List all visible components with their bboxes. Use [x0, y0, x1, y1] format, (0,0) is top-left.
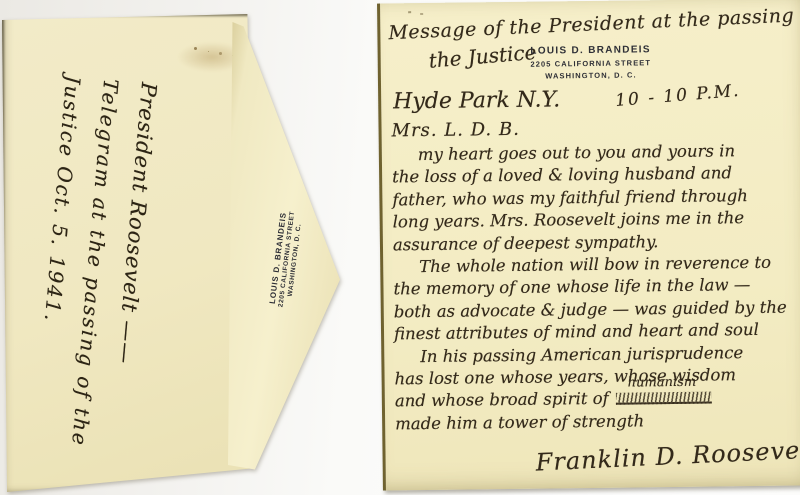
letter-sheet: Message of the President at the passing … — [377, 0, 800, 491]
signature: Franklin D. Roosevelt — [535, 435, 800, 476]
letter-letterhead: LOUIS D. BRANDEIS 2205 CALIFORNIA STREET… — [381, 42, 800, 82]
dateline-time: 10 - 10 P.M. — [615, 81, 742, 111]
archivist-annotation-line1: Message of the President at the passing … — [388, 3, 800, 44]
dateline-place: Hyde Park N.Y. — [393, 87, 560, 114]
letterhead-name: LOUIS D. BRANDEIS — [381, 42, 800, 58]
salutation: Mrs. L. D. B. — [391, 119, 520, 142]
letter-line-text: and whose broad spirit of — [395, 389, 614, 411]
letter-line: made him a tower of strength — [395, 408, 799, 435]
inserted-correction-word: humanism — [628, 372, 697, 395]
envelope: LOUIS D. BRANDEIS 2205 CALIFORNIA STREET… — [0, 0, 348, 495]
scanned-document-photo: LOUIS D. BRANDEIS 2205 CALIFORNIA STREET… — [0, 0, 800, 495]
scribbled-out-word: humanism — [614, 387, 714, 411]
letter-body: my heart goes out to you and yours in th… — [392, 139, 800, 435]
dateline: Hyde Park N.Y. 10 - 10 P.M. — [393, 87, 560, 114]
